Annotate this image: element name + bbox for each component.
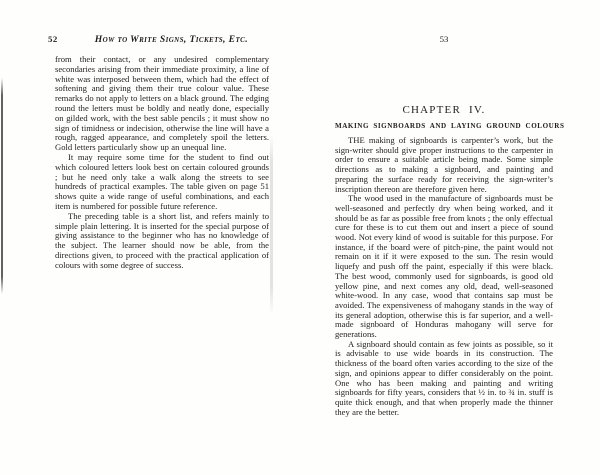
page-left-text: from their contact, or any undesired com… (55, 55, 269, 271)
paragraph: It may require some time for the student… (55, 153, 269, 212)
paragraph: A signboard should contain as few joints… (335, 340, 553, 418)
running-title: How to Write Signs, Tickets, Etc. (74, 34, 269, 46)
chapter-heading: CHAPTER IV. (335, 104, 553, 117)
paragraph: THE making of signboards is carpenter’s … (335, 136, 553, 194)
page-number-right: 53 (335, 33, 553, 45)
section-title: MAKING SIGNBOARDS AND LAYING GROUND COLO… (335, 122, 553, 131)
page-left-header: 52 How to Write Signs, Tickets, Etc. (55, 33, 269, 45)
paragraph: The wood used in the manufacture of sign… (335, 194, 553, 340)
page-number-left: 52 (48, 33, 58, 45)
paragraph: The preceding table is a short list, and… (55, 212, 269, 271)
page-right: 53 CHAPTER IV. MAKING SIGNBOARDS AND LAY… (335, 33, 553, 417)
book-scan: 52 How to Write Signs, Tickets, Etc. fro… (0, 0, 600, 475)
page-left: 52 How to Write Signs, Tickets, Etc. fro… (55, 33, 269, 271)
page-right-text: THE making of signboards is carpenter’s … (335, 136, 553, 417)
scan-edge-artifact (1, 78, 3, 294)
paragraph: from their contact, or any undesired com… (55, 55, 269, 153)
page-gutter-shadow (270, 135, 273, 315)
